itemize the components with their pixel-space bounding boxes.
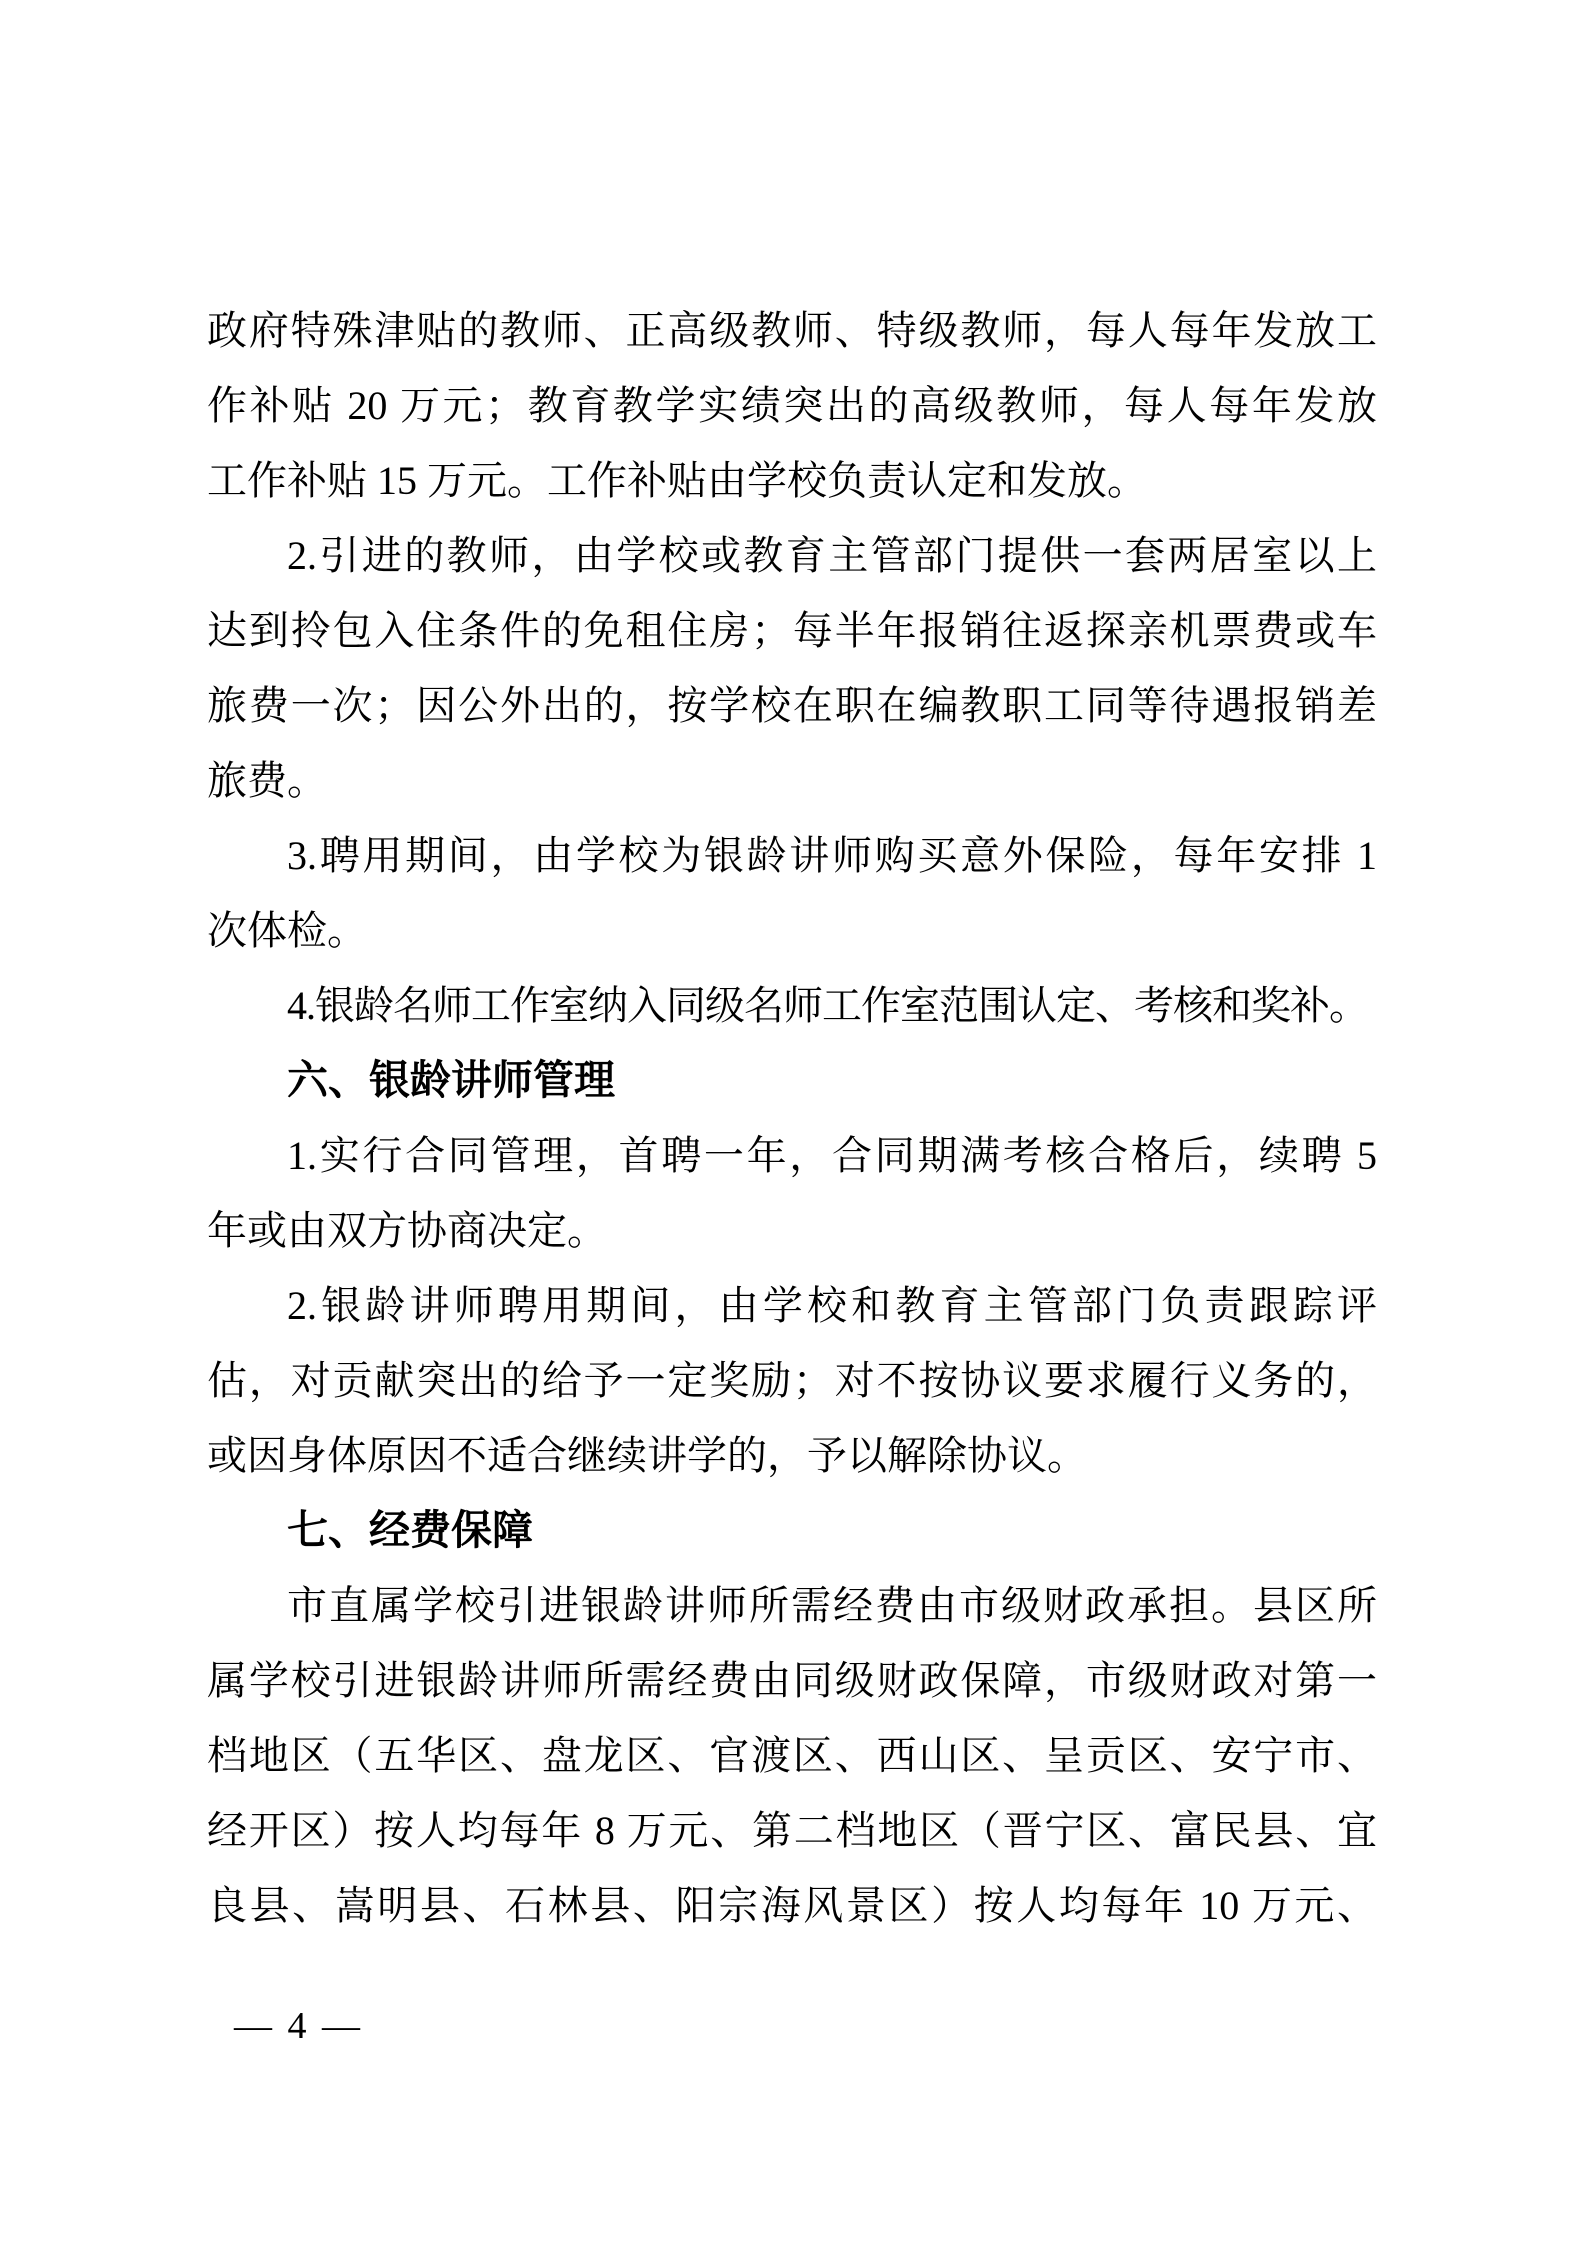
text-line: 1.实行合同管理，首聘一年，合同期满考核合格后，续聘 5: [207, 1118, 1377, 1193]
text-line: 作补贴 20 万元；教育教学实绩突出的高级教师，每人每年发放: [207, 368, 1377, 443]
text-line: 旅费一次；因公外出的，按学校在职在编教职工同等待遇报销差: [207, 668, 1377, 743]
text-line: 市直属学校引进银龄讲师所需经费由市级财政承担。县区所: [207, 1568, 1377, 1643]
text-line: 2.银龄讲师聘用期间，由学校和教育主管部门负责跟踪评: [207, 1268, 1377, 1343]
text-line: 或因身体原因不适合继续讲学的，予以解除协议。: [207, 1418, 1377, 1493]
text-line: 工作补贴 15 万元。工作补贴由学校负责认定和发放。: [207, 443, 1377, 518]
text-line: 次体检。: [207, 893, 1377, 968]
document-page: 政府特殊津贴的教师、正高级教师、特级教师，每人每年发放工作补贴 20 万元；教育…: [0, 0, 1587, 2245]
text-line: 年或由双方协商决定。: [207, 1193, 1377, 1268]
text-line: 估，对贡献突出的给予一定奖励；对不按协议要求履行义务的，: [207, 1343, 1377, 1418]
text-line: 3.聘用期间，由学校为银龄讲师购买意外保险，每年安排 1: [207, 818, 1377, 893]
text-line: 属学校引进银龄讲师所需经费由同级财政保障，市级财政对第一: [207, 1643, 1377, 1718]
text-line: 达到拎包入住条件的免租住房；每半年报销往返探亲机票费或车: [207, 593, 1377, 668]
section-heading: 七、经费保障: [207, 1493, 1377, 1568]
text-line: 政府特殊津贴的教师、正高级教师、特级教师，每人每年发放工: [207, 293, 1377, 368]
section-heading: 六、银龄讲师管理: [207, 1043, 1377, 1118]
document-body: 政府特殊津贴的教师、正高级教师、特级教师，每人每年发放工作补贴 20 万元；教育…: [207, 293, 1377, 1943]
text-line: 良县、嵩明县、石林县、阳宗海风景区）按人均每年 10 万元、: [207, 1868, 1377, 1943]
text-line: 4.银龄名师工作室纳入同级名师工作室范围认定、考核和奖补。: [207, 968, 1377, 1043]
text-line: 2.引进的教师，由学校或教育主管部门提供一套两居室以上: [207, 518, 1377, 593]
text-line: 旅费。: [207, 743, 1377, 818]
page-number: — 4 —: [234, 2003, 363, 2049]
text-line: 档地区（五华区、盘龙区、官渡区、西山区、呈贡区、安宁市、: [207, 1718, 1377, 1793]
text-line: 经开区）按人均每年 8 万元、第二档地区（晋宁区、富民县、宜: [207, 1793, 1377, 1868]
